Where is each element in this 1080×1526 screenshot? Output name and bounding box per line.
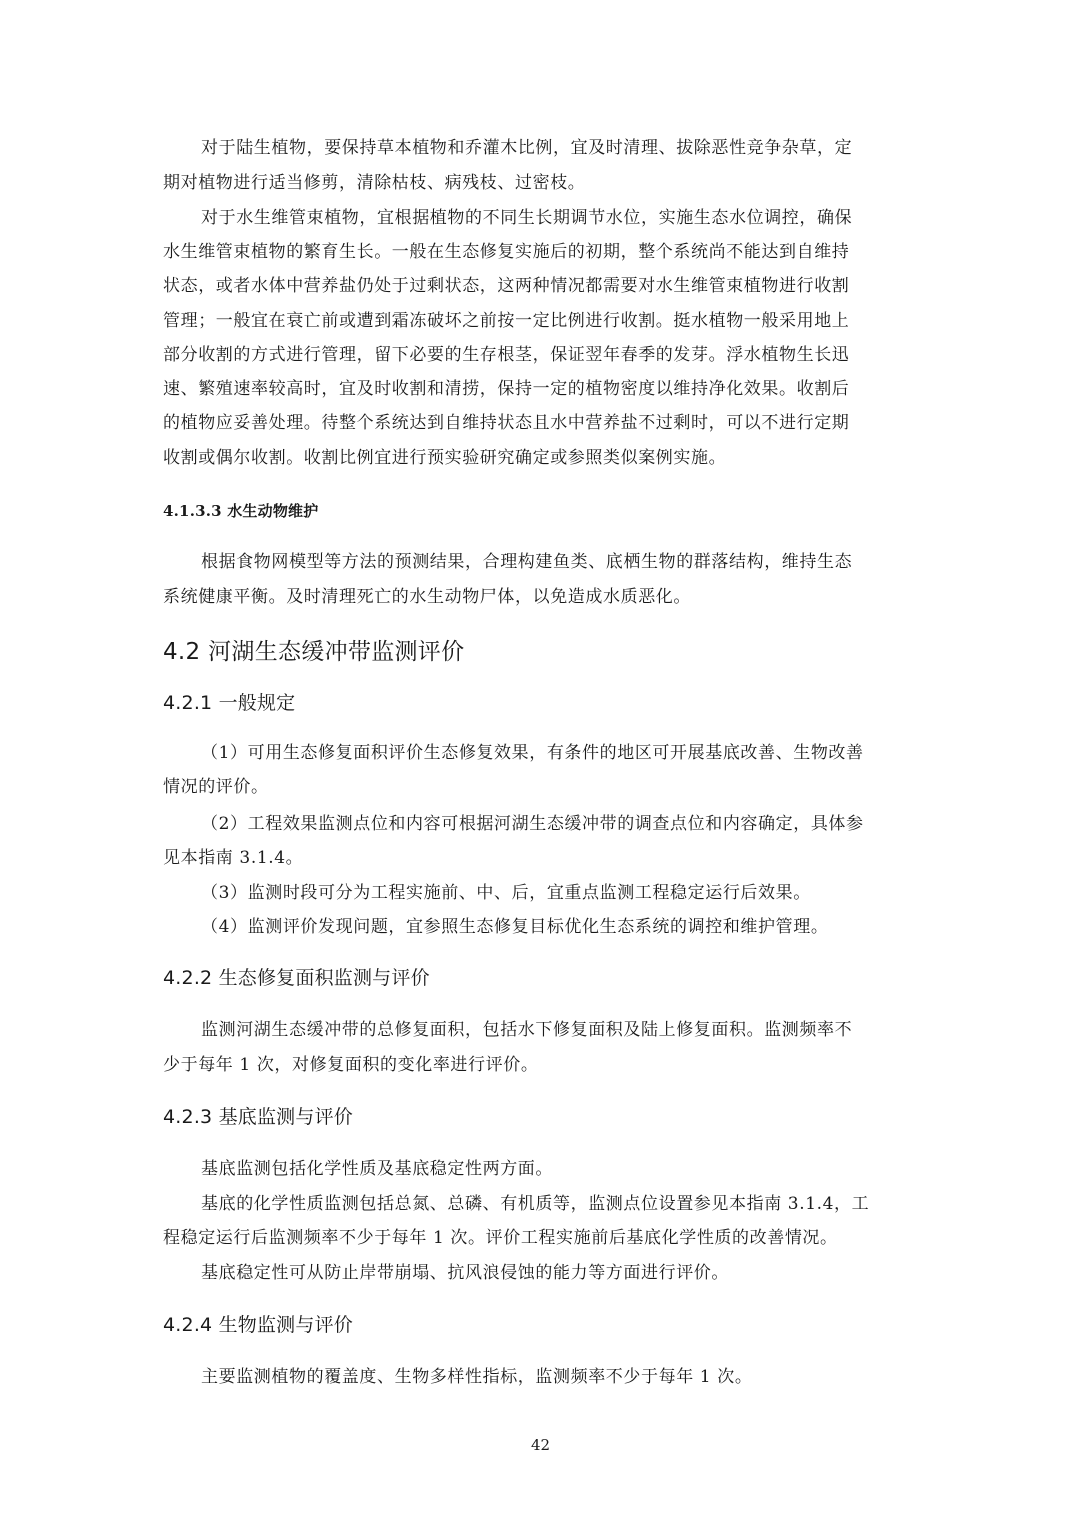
section-heading-4-2-4: 4.2.4 生物监测与评价 (163, 1312, 918, 1338)
paragraph-line: 根据食物网模型等方法的预测结果，合理构建鱼类、底栖生物的群落结构，维持生态 (163, 551, 918, 573)
list-item-1-cont: 情况的评价。 (163, 776, 918, 798)
paragraph-line: 少于每年 1 次，对修复面积的变化率进行评价。 (163, 1054, 918, 1076)
paragraph-line: 状态，或者水体中营养盐仍处于过剩状态，这两种情况都需要对水生维管束植物进行收割 (163, 275, 918, 297)
section-heading-4-2-2: 4.2.2 生态修复面积监测与评价 (163, 965, 918, 991)
section-heading-4-2-1: 4.2.1 一般规定 (163, 690, 918, 716)
section-heading-4-2-3: 4.2.3 基底监测与评价 (163, 1104, 918, 1130)
paragraph-line: 收割或偶尔收割。收割比例宜进行预实验研究确定或参照类似案例实施。 (163, 447, 918, 469)
paragraph-line: 监测河湖生态缓冲带的总修复面积，包括水下修复面积及陆上修复面积。监测频率不 (163, 1019, 918, 1041)
list-item-1: （1）可用生态修复面积评价生态修复效果，有条件的地区可开展基底改善、生物改善 (163, 742, 918, 764)
page-number: 42 (163, 1436, 918, 1454)
list-item-4: （4）监测评价发现问题，宜参照生态修复目标优化生态系统的调控和维护管理。 (163, 916, 918, 938)
paragraph-line: 管理；一般宜在衰亡前或遭到霜冻破坏之前按一定比例进行收割。挺水植物一般采用地上 (163, 310, 918, 332)
paragraph-line: 基底稳定性可从防止岸带崩塌、抗风浪侵蚀的能力等方面进行评价。 (163, 1262, 918, 1284)
paragraph-line: 部分收割的方式进行管理，留下必要的生存根茎，保证翌年春季的发芽。浮水植物生长迅 (163, 344, 918, 366)
paragraph-line: 期对植物进行适当修剪，清除枯枝、病残枝、过密枝。 (163, 172, 918, 194)
paragraph-line: 系统健康平衡。及时清理死亡的水生动物尸体，以免造成水质恶化。 (163, 586, 918, 608)
list-item-3: （3）监测时段可分为工程实施前、中、后，宜重点监测工程稳定运行后效果。 (163, 882, 918, 904)
section-heading-4-1-3-3: 4.1.3.3 水生动物维护 (163, 500, 918, 522)
paragraph-line: 主要监测植物的覆盖度、生物多样性指标，监测频率不少于每年 1 次。 (163, 1366, 918, 1388)
paragraph-line: 水生维管束植物的繁育生长。一般在生态修复实施后的初期，整个系统尚不能达到自维持 (163, 241, 918, 263)
list-item-2-cont: 见本指南 3.1.4。 (163, 847, 918, 869)
paragraph-line: 的植物应妥善处理。待整个系统达到自维持状态且水中营养盐不过剩时，可以不进行定期 (163, 412, 918, 434)
paragraph-line: 基底的化学性质监测包括总氮、总磷、有机质等，监测点位设置参见本指南 3.1.4，… (163, 1193, 918, 1215)
paragraph-line: 对于水生维管束植物，宜根据植物的不同生长期调节水位，实施生态水位调控，确保 (163, 207, 918, 229)
paragraph-line: 程稳定运行后监测频率不少于每年 1 次。评价工程实施前后基底化学性质的改善情况。 (163, 1227, 918, 1249)
paragraph-line: 速、繁殖速率较高时，宜及时收割和清捞，保持一定的植物密度以维持净化效果。收割后 (163, 378, 918, 400)
section-heading-4-2: 4.2 河湖生态缓冲带监测评价 (163, 637, 918, 667)
paragraph-line: 基底监测包括化学性质及基底稳定性两方面。 (163, 1158, 918, 1180)
list-item-2: （2）工程效果监测点位和内容可根据河湖生态缓冲带的调查点位和内容确定，具体参 (163, 813, 918, 835)
paragraph-line: 对于陆生植物，要保持草本植物和乔灌木比例，宜及时清理、拔除恶性竞争杂草，定 (163, 137, 918, 159)
